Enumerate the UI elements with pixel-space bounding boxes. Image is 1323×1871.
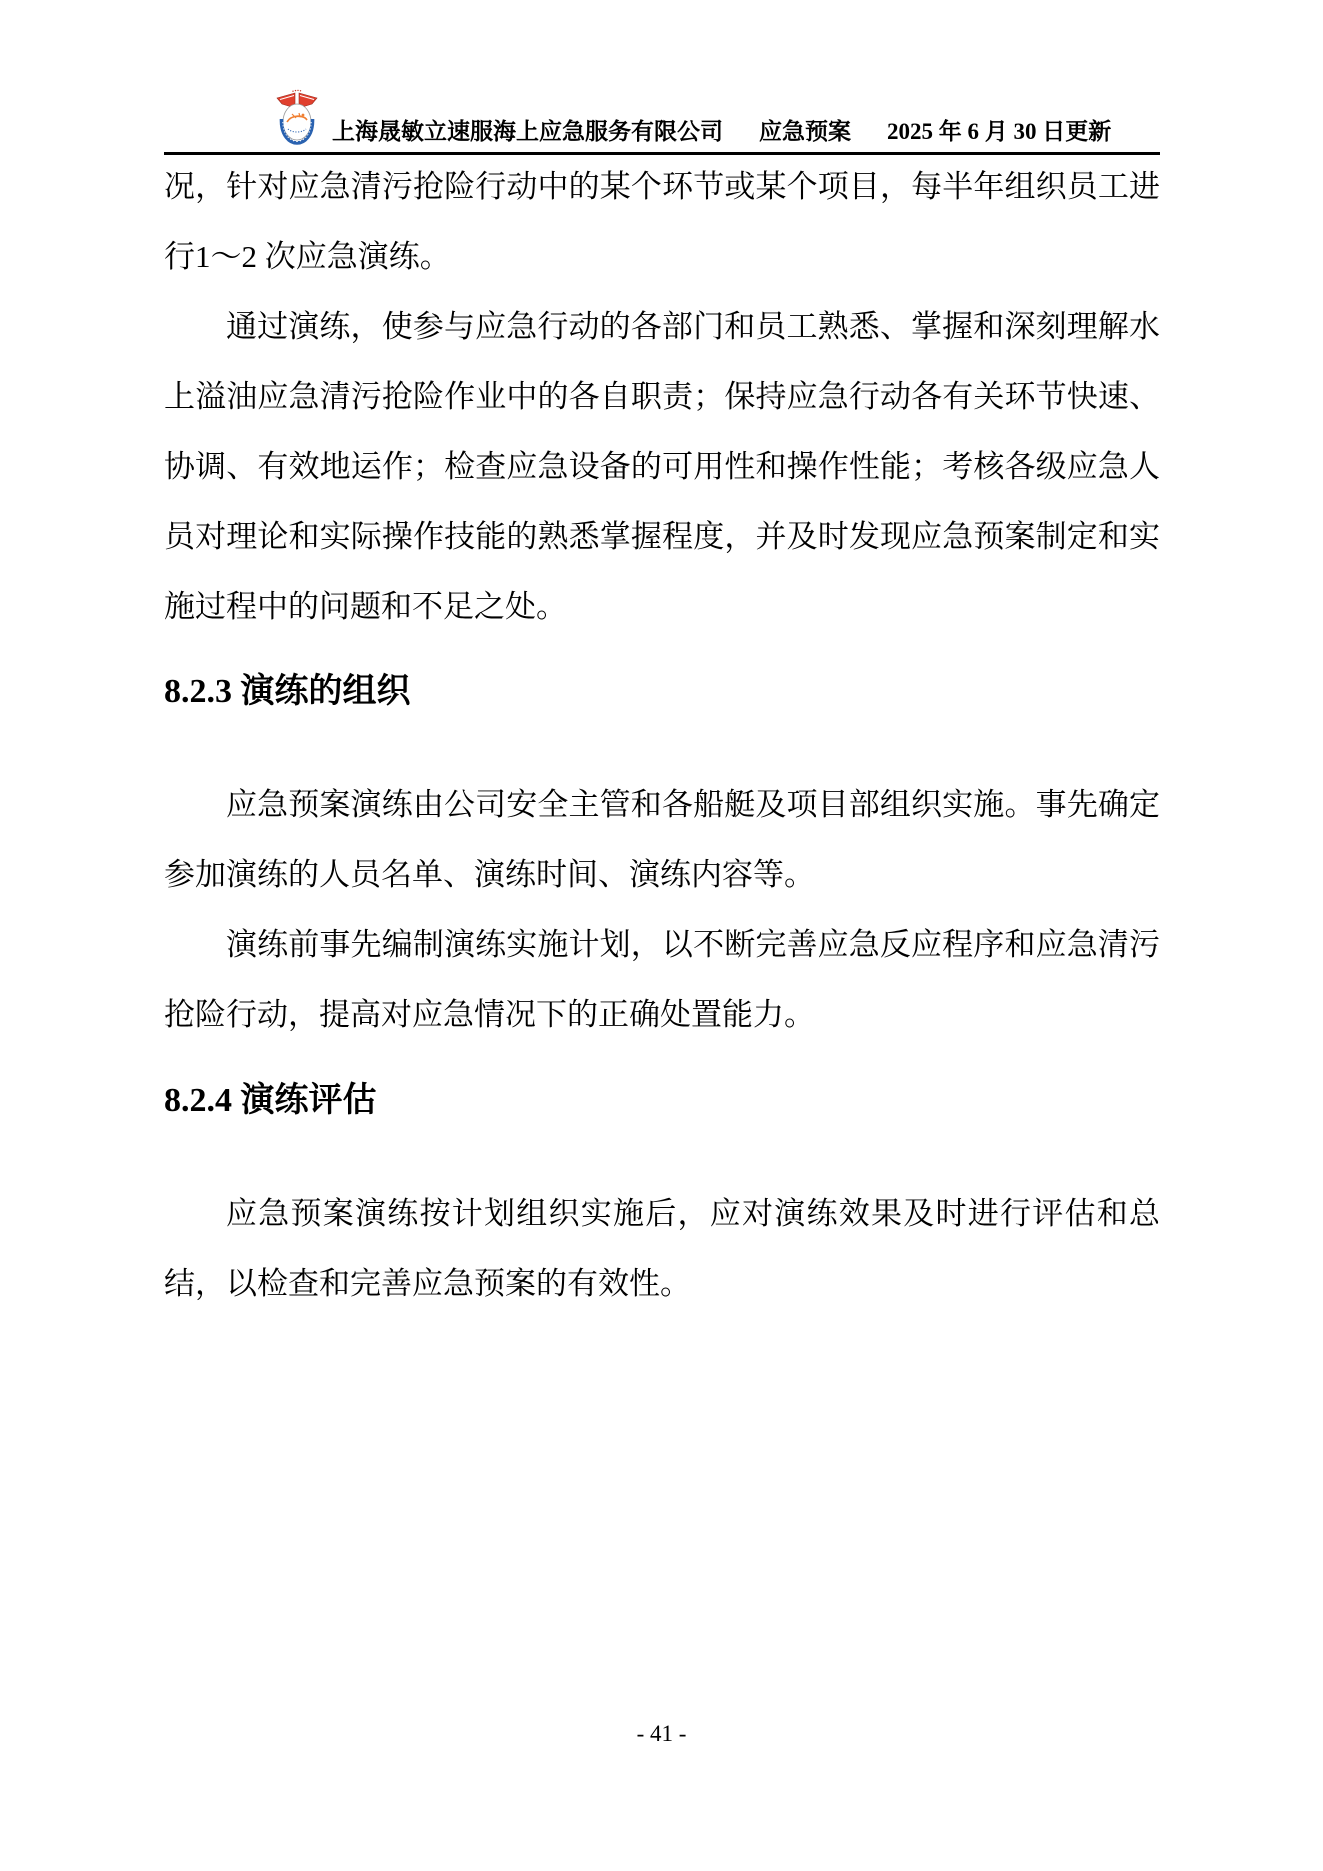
company-emblem-logo (276, 89, 318, 147)
paragraph-drill-plan: 演练前事先编制演练实施计划，以不断完善应急反应程序和应急清污抢险行动，提高对应急… (164, 910, 1160, 1050)
page-footer: - 41 - (0, 1720, 1323, 1748)
section-heading-8-2-4: 8.2.4 演练评估 (164, 1079, 1160, 1123)
page-number: - 41 - (637, 1721, 687, 1746)
section-heading-8-2-3: 8.2.3 演练的组织 (164, 670, 1160, 714)
header-updated-date: 2025 年 6 月 30 日更新 (887, 120, 1111, 152)
document-page: 上海晟敏立速服海上应急服务有限公司 应急预案 2025 年 6 月 30 日更新… (0, 0, 1323, 1871)
paragraph-drill-organization: 应急预案演练由公司安全主管和各船艇及项目部组织实施。事先确定参加演练的人员名单、… (164, 770, 1160, 910)
paragraph-drill-frequency-continuation: 况，针对应急清污抢险行动中的某个环节或某个项目，每半年组织员工进行1～2 次应急… (164, 152, 1160, 292)
header-company-name: 上海晟敏立速服海上应急服务有限公司 (332, 120, 723, 152)
header-doc-type: 应急预案 (759, 120, 851, 152)
document-body: 况，针对应急清污抢险行动中的某个环节或某个项目，每半年组织员工进行1～2 次应急… (164, 152, 1160, 1319)
paragraph-drill-purpose: 通过演练，使参与应急行动的各部门和员工熟悉、掌握和深刻理解水上溢油应急清污抢险作… (164, 292, 1160, 642)
paragraph-drill-evaluation: 应急预案演练按计划组织实施后，应对演练效果及时进行评估和总结，以检查和完善应急预… (164, 1179, 1160, 1319)
page-header: 上海晟敏立速服海上应急服务有限公司 应急预案 2025 年 6 月 30 日更新 (164, 0, 1160, 155)
